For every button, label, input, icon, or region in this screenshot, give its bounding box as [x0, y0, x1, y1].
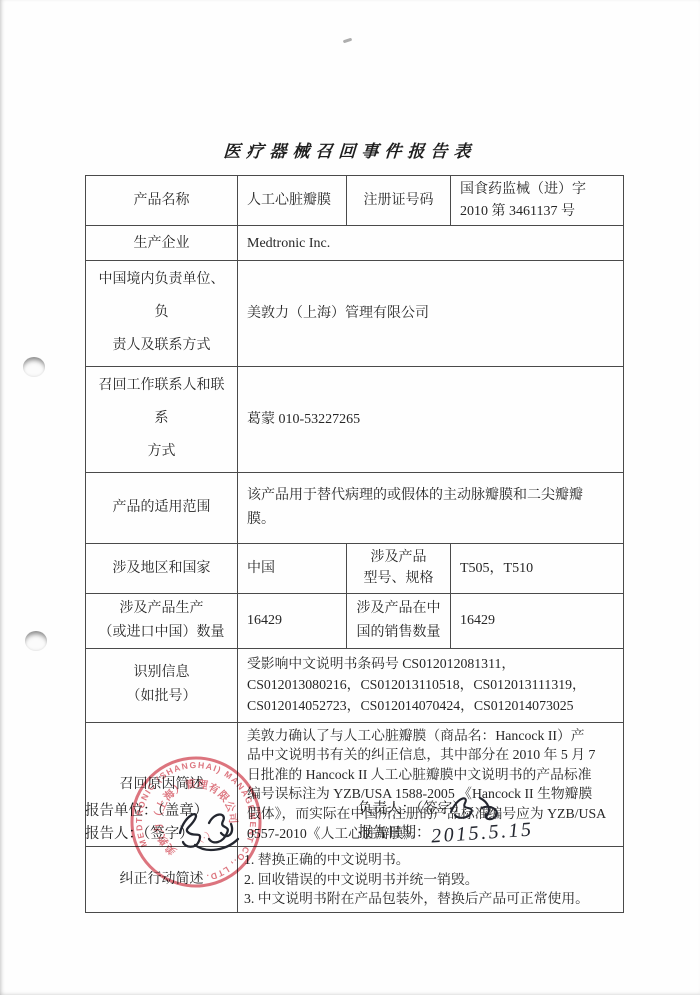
page-title: 医疗器械召回事件报告表 [0, 137, 700, 162]
china-agent-value: 美敦力（上海）管理有限公司 [238, 261, 624, 367]
product-name-value: 人工心脏瓣膜 [238, 176, 347, 226]
table-row-quantities: 涉及产品生产 （或进口中国）数量 16429 涉及产品在中 国的销售数量 164… [86, 594, 624, 649]
models-value: T505，T510 [451, 543, 624, 593]
recall-contact-label: 召回工作联系人和联系 方式 [86, 367, 238, 473]
table-row-intended-use: 产品的适用范围 该产品用于替代病理的或假体的主动脉瓣膜和二尖瓣瓣 膜。 [86, 472, 624, 543]
report-date-label: 报告日期： [358, 821, 431, 842]
corrective-action-value: 1. 替换正确的中文说明书。2. 回收错误的中文说明书并统一销毁。3. 中文说明… [238, 847, 624, 913]
registration-no-label: 注册证号码 [347, 176, 451, 226]
table-row-identification: 识别信息 （如批号） 受影响中文说明书条码号 CS012012081311， C… [86, 648, 624, 722]
regions-value: 中国 [238, 543, 347, 593]
stamp-center-mark: （·） [191, 827, 217, 849]
intended-use-value: 该产品用于替代病理的或假体的主动脉瓣膜和二尖瓣瓣 膜。 [238, 472, 624, 543]
punch-hole-bottom [25, 631, 47, 651]
table-row-product-name: 产品名称 人工心脏瓣膜 注册证号码 国食药监械（进）字 2010 第 34611… [86, 176, 624, 226]
corrective-action-item: 2. 回收错误的中文说明书并统一销毁。 [244, 870, 614, 890]
identification-value: 受影响中文说明书条码号 CS012012081311， CS0120130802… [238, 648, 624, 722]
sales-qty-value: 16429 [451, 594, 624, 649]
regions-label: 涉及地区和国家 [86, 543, 238, 593]
manufacturer-label: 生产企业 [86, 226, 238, 261]
corrective-action-item: 3. 中文说明书附在产品包装外，替换后产品可正常使用。 [244, 889, 614, 909]
recall-contact-value: 葛蒙 010-53227265 [238, 367, 624, 473]
table-row-regions: 涉及地区和国家 中国 涉及产品 型号、规格 T505，T510 [86, 543, 624, 593]
identification-label: 识别信息 （如批号） [86, 648, 238, 722]
table-row-china-agent: 中国境内负责单位、负 责人及联系方式 美敦力（上海）管理有限公司 [86, 261, 624, 367]
manufacturer-value: Medtronic Inc. [238, 226, 624, 261]
sales-qty-label: 涉及产品在中 国的销售数量 [347, 594, 451, 649]
corrective-action-item: 1. 替换正确的中文说明书。 [244, 850, 614, 870]
punch-hole-top [23, 357, 45, 377]
production-qty-value: 16429 [238, 594, 347, 649]
intended-use-label: 产品的适用范围 [86, 472, 238, 543]
company-stamp: MEDTRONIC (SHANGHAI) MANAGEMENT CO., LTD… [121, 747, 271, 897]
registration-no-value: 国食药监械（进）字 2010 第 3461137 号 [451, 176, 624, 226]
china-agent-label: 中国境内负责单位、负 责人及联系方式 [86, 261, 238, 367]
scanned-report-page: 医疗器械召回事件报告表 产品名称 人工心脏瓣膜 注册证号码 国食药监械（进）字 … [0, 0, 700, 995]
handwritten-report-date: 2015.5.15 [426, 812, 566, 850]
scan-smudge [343, 38, 352, 44]
table-row-recall-contact: 召回工作联系人和联系 方式 葛蒙 010-53227265 [86, 367, 624, 473]
stamp-english-text: MEDTRONIC (SHANGHAI) MANAGEMENT CO., LTD… [121, 747, 271, 897]
models-label: 涉及产品 型号、规格 [347, 543, 451, 593]
svg-text:MEDTRONIC (SHANGHAI) MANAGEMEN: MEDTRONIC (SHANGHAI) MANAGEMENT CO., LTD… [121, 747, 271, 897]
product-name-label: 产品名称 [86, 176, 238, 226]
report-date-value: 2015.5.15 [430, 818, 534, 847]
table-row-manufacturer: 生产企业 Medtronic Inc. [86, 226, 624, 261]
production-qty-label: 涉及产品生产 （或进口中国）数量 [86, 594, 238, 649]
